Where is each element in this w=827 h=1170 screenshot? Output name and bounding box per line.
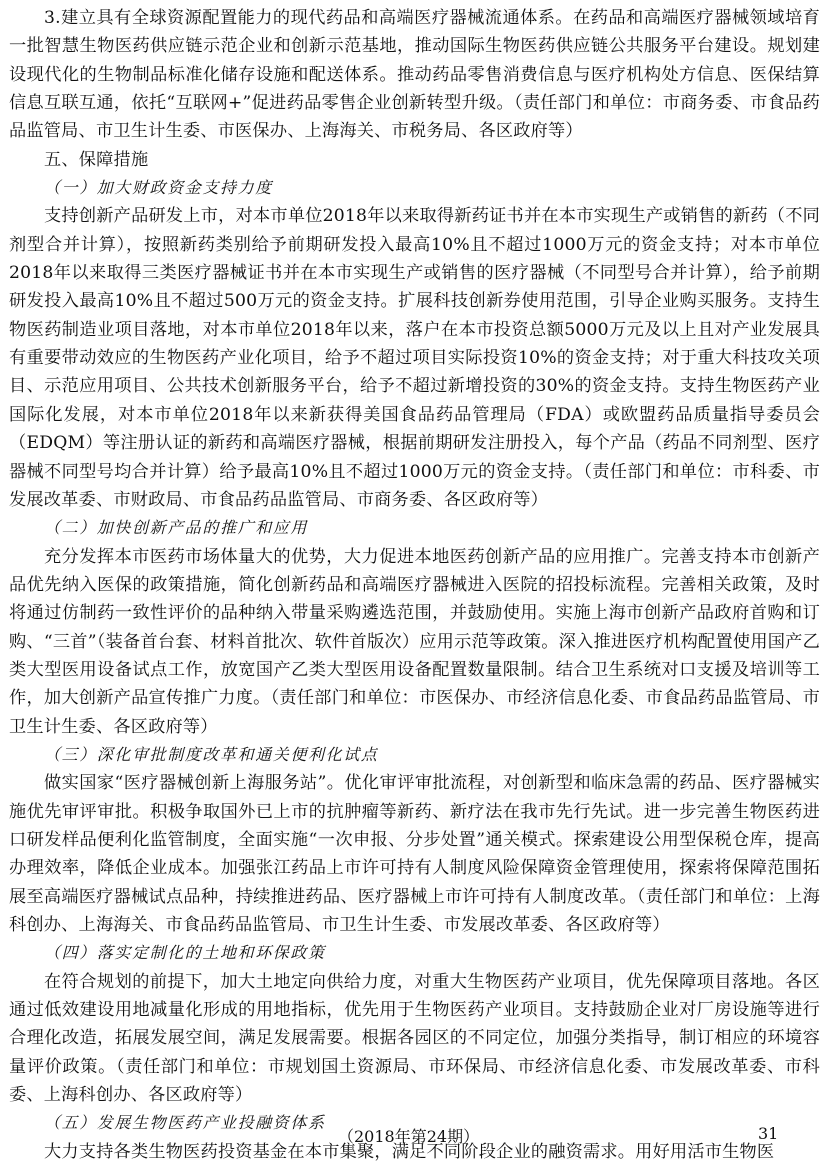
issue-label: （2018年第24期） (338, 1124, 479, 1147)
section-heading-safeguards: 五、保障措施 (9, 146, 820, 174)
paragraph-product-promotion: 充分发挥本市医药市场体量大的优势，大力促进本地医药创新产品的应用推广。完善支持本… (9, 543, 820, 741)
subheading-approval-reform: （三）深化审批制度改革和通关便利化试点 (9, 741, 820, 769)
subheading-product-promotion: （二）加快创新产品的推广和应用 (9, 514, 820, 542)
document-page: 3.建立具有全球资源配置能力的现代药品和高端医疗器械流通体系。在药品和高端医疗器… (9, 4, 820, 1166)
paragraph-approval-reform: 做实国家“医疗器械创新上海服务站”。优化审评审批流程，对创新型和临床急需的药品、… (9, 769, 820, 939)
paragraph-circulation-system: 3.建立具有全球资源配置能力的现代药品和高端医疗器械流通体系。在药品和高端医疗器… (9, 4, 820, 146)
paragraph-fiscal-support: 支持创新产品研发上市，对本市单位2018年以来取得新药证书并在本市实现生产或销售… (9, 202, 820, 514)
page-number: 31 (758, 1124, 778, 1143)
paragraph-land-environment: 在符合规划的前提下，加大土地定向供给力度，对重大生物医药产业项目，优先保障项目落… (9, 968, 820, 1110)
subheading-fiscal-support: （一）加大财政资金支持力度 (9, 174, 820, 202)
subheading-land-environment: （四）落实定制化的土地和环保政策 (9, 939, 820, 967)
page-footer: （2018年第24期） 31 (0, 1124, 827, 1152)
